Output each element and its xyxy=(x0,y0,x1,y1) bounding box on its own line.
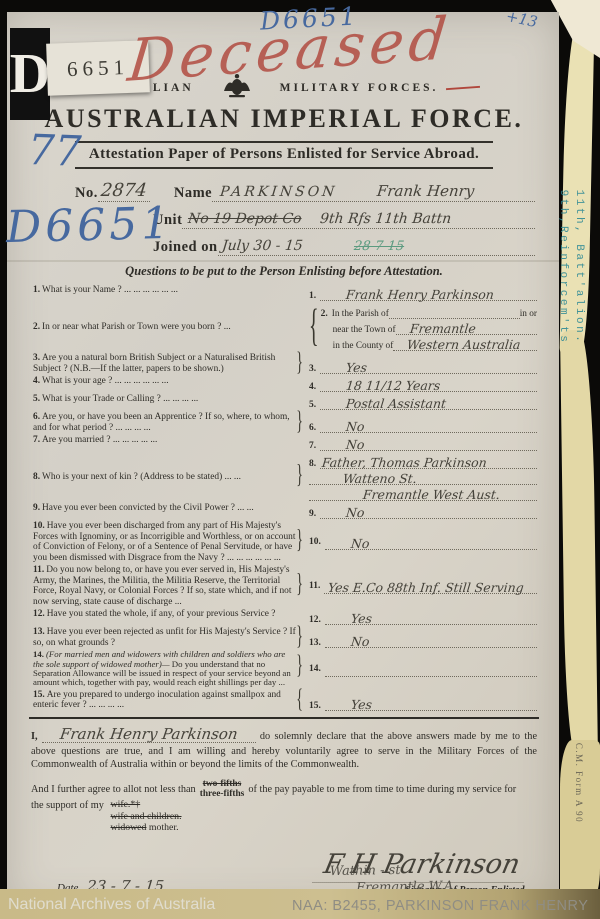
answer-value: No xyxy=(345,437,365,452)
name-label: Name xyxy=(174,185,212,202)
allotment-paragraph: And I further agree to allot not less th… xyxy=(31,780,537,834)
question-row-7: 7.Are you married ? ... ... ... ... ... … xyxy=(33,435,537,451)
kin-street: Watteno St. xyxy=(342,471,417,486)
question-row-14: 14.(For married men and widowers with ch… xyxy=(33,650,537,687)
answer-value: No xyxy=(345,505,365,520)
answer-value: Yes xyxy=(350,697,373,712)
question-row-10: 10.Have you ever been discharged from an… xyxy=(33,521,537,563)
question-row-13: 13.Have you ever been rejected as unfit … xyxy=(33,627,537,648)
kin-town: Fremantle West Aust. xyxy=(362,487,500,502)
answer-line: Frank Henry Parkinson xyxy=(320,285,537,301)
question-row-8: 8.Who is your next of kin ? (Address to … xyxy=(33,453,537,501)
answer-value: Yes xyxy=(345,360,368,375)
questions-heading: Questions to be put to the Person Enlist… xyxy=(27,264,541,279)
declaration-paragraph: I, Frank Henry Parkinson do solemnly dec… xyxy=(31,725,537,772)
joined-value: July 30 - 15 28-7-15 xyxy=(218,237,535,256)
forces-right-text: MILITARY FORCES. xyxy=(280,82,439,94)
paper-crease xyxy=(7,260,559,262)
allot-pre: And I further agree to allot not less th… xyxy=(31,784,196,795)
battalion-side-stamp: 11th, Batt'alion. 9th,Reinforcem'ts xyxy=(553,127,587,407)
question-row-11: 11.Do you now belong to, or have you eve… xyxy=(33,565,537,607)
support-amendment: wife.*† wife and children. widowed mothe… xyxy=(111,799,182,833)
question-text: What is your Name ? ... ... ... ... ... … xyxy=(42,285,178,295)
question-row-15: 15.Are you prepared to undergo inoculati… xyxy=(33,690,537,711)
questions-list: 1.What is your Name ? ... ... ... ... ..… xyxy=(33,285,537,711)
answer-value: No xyxy=(350,536,370,551)
question-text: What is your age ? ... ... ... ... ... .… xyxy=(42,376,169,386)
document-paper: AUSTRALIAN MILITARY FORCES. AUSTRALIAN I… xyxy=(7,12,559,909)
answer-value: 18 11/12 Years xyxy=(345,378,441,393)
answer-value: Frank Henry Parkinson xyxy=(345,287,495,302)
field-row-joined: Joined on July 30 - 15 28-7-15 xyxy=(153,229,535,256)
kin-name: Father, Thomas Parkinson xyxy=(321,455,487,470)
town-value: Fremantle xyxy=(409,321,476,336)
side-stamp-line-9th: 9th,Reinforcem'ts xyxy=(555,127,571,407)
question-text: Are you prepared to undergo inoculation … xyxy=(33,690,281,711)
answer-value: Yes E.Co 88th Inf. Still Serving xyxy=(328,580,525,595)
answer-brace: { xyxy=(309,301,319,354)
question-text: Are you married ? ... ... ... ... ... xyxy=(42,435,157,445)
joined-date-value: July 30 - 15 xyxy=(221,238,303,254)
question-row-3: 3.Are you a natural born British Subject… xyxy=(33,353,537,374)
side-form-code: C.M. Form A 90 xyxy=(570,718,584,848)
side-stamp-line-11th: 11th, Batt'alion. xyxy=(571,127,587,407)
blue-reference-large: D6651 xyxy=(5,198,174,253)
section-divider xyxy=(29,717,539,719)
blue-number-77: 77 xyxy=(27,125,82,176)
name-surname: PARKINSON xyxy=(219,184,338,200)
question-text: Are you a natural born British Subject o… xyxy=(33,353,275,374)
question-row-4: 4.What is your age ? ... ... ... ... ...… xyxy=(33,376,537,392)
question-text: What is your Trade or Calling ? ... ... … xyxy=(42,394,198,404)
joined-date-green: 28-7-15 xyxy=(353,239,405,254)
attestation-document-scan: AUSTRALIAN MILITARY FORCES. AUSTRALIAN I… xyxy=(0,0,600,919)
county-value: Western Australia xyxy=(407,337,522,352)
question-text: Have you ever been rejected as unfit for… xyxy=(33,627,296,648)
question-row-9: 9.Have you ever been convicted by the Ci… xyxy=(33,503,537,519)
answer-value: No xyxy=(345,419,365,434)
name-value: PARKINSON Frank Henry xyxy=(212,182,535,202)
archive-letter-stamp: D xyxy=(10,28,50,120)
page-subtitle: Attestation Paper of Persons Enlisted fo… xyxy=(75,141,493,169)
unit-value: No 19 Depot Co 9th Rfs 11th Battn xyxy=(182,210,535,229)
declaration-lead: I, xyxy=(31,731,38,742)
question-row-5: 5.What is your Trade or Calling ? ... ..… xyxy=(33,394,537,410)
name-given: Frank Henry xyxy=(377,182,476,200)
field-row-unit: Unit No 19 Depot Co 9th Rfs 11th Battn xyxy=(153,202,535,229)
question-text: Have you stated the whole, if any, of yo… xyxy=(47,609,276,619)
fraction-amendment: two-fifthsthree-fifths xyxy=(200,780,245,800)
question-row-1: 1.What is your Name ? ... ... ... ... ..… xyxy=(33,285,537,301)
declarant-name-script: Frank Henry Parkinson xyxy=(42,731,256,743)
unit-struck-value: No 19 Depot Co xyxy=(188,211,303,227)
question-text: In or near what Parish or Town were you … xyxy=(42,322,231,332)
answer-value: No xyxy=(350,634,370,649)
question-row-6: 6.Are you, or have you been an Apprentic… xyxy=(33,412,537,433)
question-text: Have you ever been discharged from any p… xyxy=(33,521,295,563)
watermark-series-reference: NAA: B2455, PARKINSON FRANK HENRY xyxy=(292,898,588,914)
support-pre: the support of my xyxy=(31,800,104,811)
page-title: AUSTRALIAN IMPERIAL FORCE. xyxy=(27,104,541,134)
question-text: Do you now belong to, or have you ever s… xyxy=(33,565,291,607)
allot-post: of the pay payable to me from time to ti… xyxy=(248,784,516,795)
unit-final-value: 9th Rfs 11th Battn xyxy=(319,211,452,227)
red-pen-dash xyxy=(446,86,480,90)
blue-reference-top: D6651 xyxy=(259,1,359,35)
question-row-2: 2.In or near what Parish or Town were yo… xyxy=(33,303,537,351)
subtitle-wrap: Attestation Paper of Persons Enlisted fo… xyxy=(27,141,541,169)
question-text: Are you, or have you been an Apprentice … xyxy=(33,412,290,433)
watermark-archive-name: National Archives of Australia xyxy=(8,896,215,914)
answer-value: Postal Assistant xyxy=(345,396,447,411)
question-text: Have you ever been convicted by the Civi… xyxy=(42,503,254,513)
question-row-12: 12.Have you stated the whole, if any, of… xyxy=(33,609,537,625)
answer-value: Yes xyxy=(350,611,373,626)
question-text: Who is your next of kin ? (Address to be… xyxy=(42,472,241,482)
